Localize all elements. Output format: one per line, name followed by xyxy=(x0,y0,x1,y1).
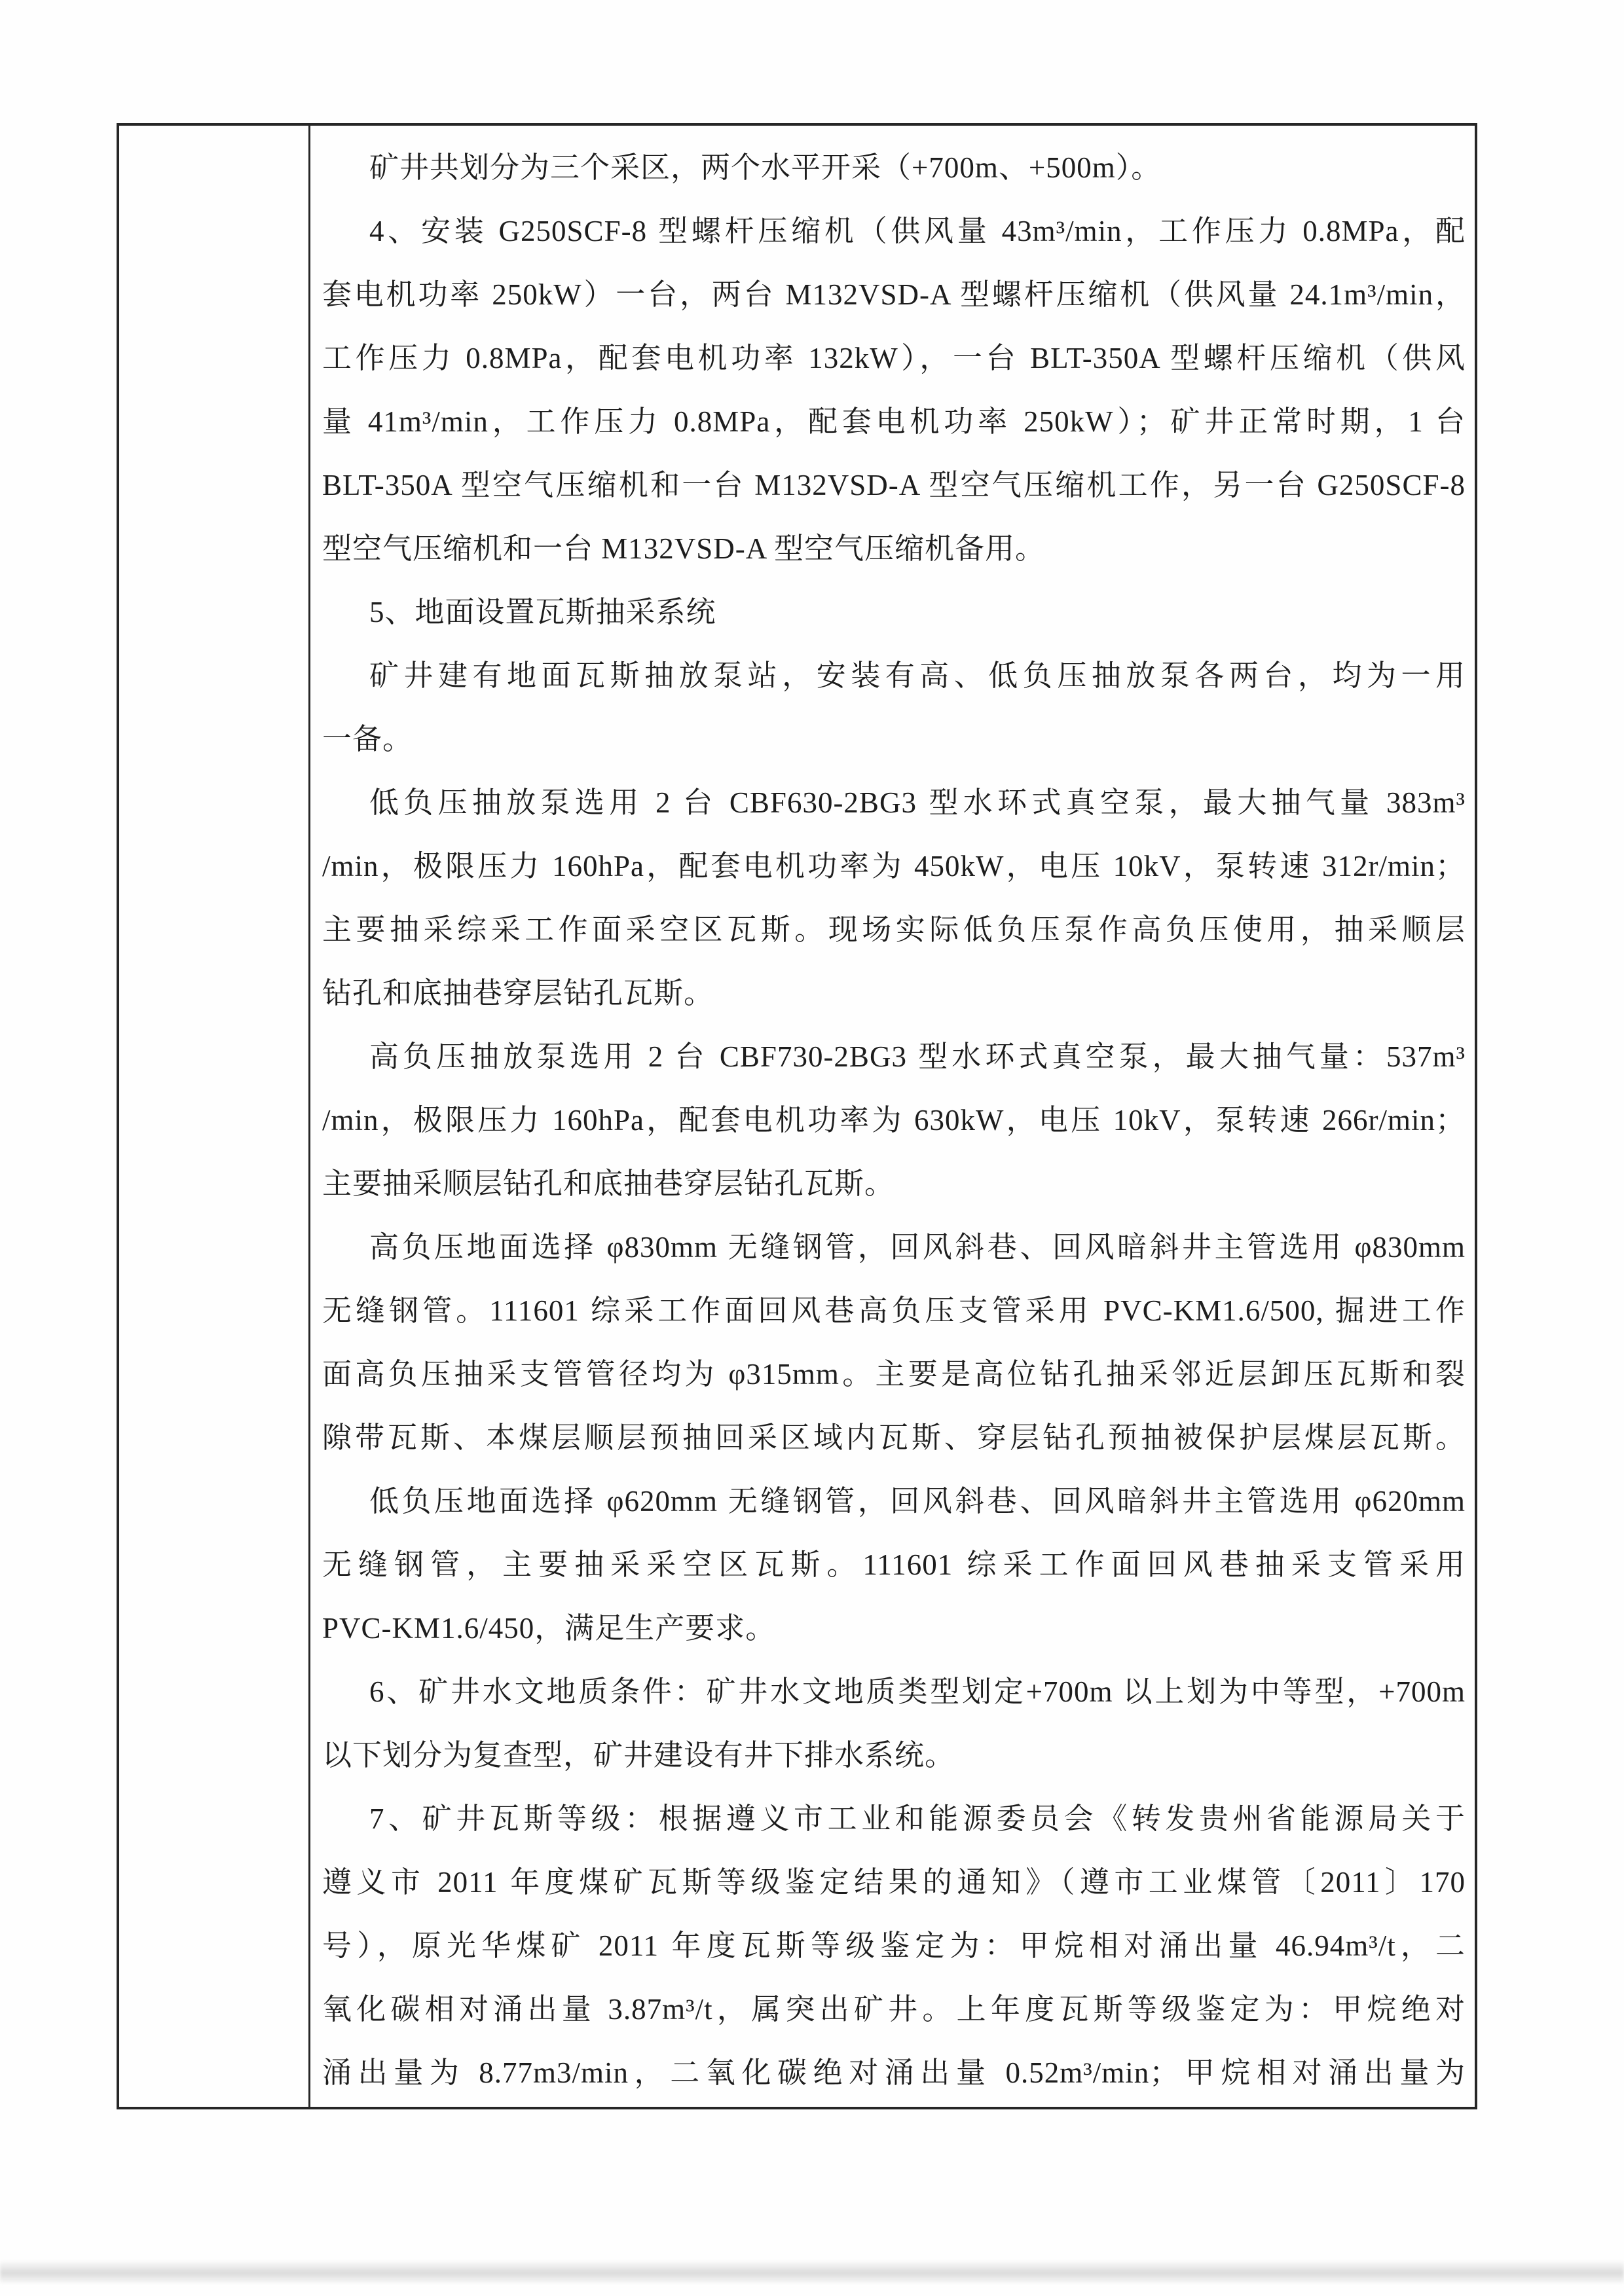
document-page: 矿井共划分为三个采区，两个水平开采（+700m、+500m）。4、安装 G250… xyxy=(0,0,1624,2296)
text-line: BLT-350A 型空气压缩机和一台 M132VSD-A 型空气压缩机工作，另一… xyxy=(322,454,1466,517)
paragraph-lines: 矿井共划分为三个采区，两个水平开采（+700m、+500m）。4、安装 G250… xyxy=(322,136,1466,2105)
text-line: 高负压抽放泵选用 2 台 CBF730-2BG3 型水环式真空泵，最大抽气量：5… xyxy=(322,1025,1466,1089)
text-line: 工作压力 0.8MPa，配套电机功率 132kW），一台 BLT-350A 型螺… xyxy=(322,327,1466,390)
text-line: 无缝钢管，主要抽采采空区瓦斯。111601 综采工作面回风巷抽采支管采用 xyxy=(322,1533,1466,1597)
text-line: 涌出量为 8.77m3/min，二氧化碳绝对涌出量 0.52m³/min；甲烷相… xyxy=(322,2041,1466,2105)
text-line: 一备。 xyxy=(322,708,1466,771)
text-line: 钻孔和底抽巷穿层钻孔瓦斯。 xyxy=(322,962,1466,1025)
text-line: 高负压地面选择 φ830mm 无缝钢管，回风斜巷、回风暗斜井主管选用 φ830m… xyxy=(322,1216,1466,1279)
scan-artifact-band xyxy=(0,2260,1624,2284)
text-line: 6、矿井水文地质条件：矿井水文地质类型划定+700m 以上划为中等型，+700m xyxy=(322,1660,1466,1724)
text-line: 量 41m³/min，工作压力 0.8MPa，配套电机功率 250kW）；矿井正… xyxy=(322,390,1466,454)
text-line: 低负压抽放泵选用 2 台 CBF630-2BG3 型水环式真空泵，最大抽气量 3… xyxy=(322,771,1466,835)
text-line: 矿井共划分为三个采区，两个水平开采（+700m、+500m）。 xyxy=(322,136,1466,200)
table-main-cell: 矿井共划分为三个采区，两个水平开采（+700m、+500m）。4、安装 G250… xyxy=(310,126,1475,2107)
text-line: 7、矿井瓦斯等级：根据遵义市工业和能源委员会《转发贵州省能源局关于 xyxy=(322,1787,1466,1851)
text-line: /min，极限压力 160hPa，配套电机功率为 450kW，电压 10kV，泵… xyxy=(322,835,1466,898)
text-line: /min，极限压力 160hPa，配套电机功率为 630kW，电压 10kV，泵… xyxy=(322,1089,1466,1152)
text-line: 无缝钢管。111601 综采工作面回风巷高负压支管采用 PVC-KM1.6/50… xyxy=(322,1279,1466,1343)
text-line: 以下划分为复查型，矿井建设有井下排水系统。 xyxy=(322,1724,1466,1787)
content-table: 矿井共划分为三个采区，两个水平开采（+700m、+500m）。4、安装 G250… xyxy=(117,123,1477,2109)
text-line: 低负压地面选择 φ620mm 无缝钢管，回风斜巷、回风暗斜井主管选用 φ620m… xyxy=(322,1470,1466,1533)
text-line: PVC-KM1.6/450，满足生产要求。 xyxy=(322,1597,1466,1660)
text-line: 套电机功率 250kW）一台，两台 M132VSD-A 型螺杆压缩机（供风量 2… xyxy=(322,263,1466,327)
text-line: 矿井建有地面瓦斯抽放泵站，安装有高、低负压抽放泵各两台，均为一用 xyxy=(322,644,1466,708)
text-line: 4、安装 G250SCF-8 型螺杆压缩机（供风量 43m³/min，工作压力 … xyxy=(322,200,1466,263)
text-line: 隙带瓦斯、本煤层顺层预抽回采区域内瓦斯、穿层钻孔预抽被保护层煤层瓦斯。 xyxy=(322,1406,1466,1470)
text-line: 5、地面设置瓦斯抽采系统 xyxy=(322,581,1466,644)
text-line: 主要抽采顺层钻孔和底抽巷穿层钻孔瓦斯。 xyxy=(322,1152,1466,1216)
text-line: 型空气压缩机和一台 M132VSD-A 型空气压缩机备用。 xyxy=(322,517,1466,581)
text-line: 面高负压抽采支管管径均为 φ315mm。主要是高位钻孔抽采邻近层卸压瓦斯和裂 xyxy=(322,1343,1466,1406)
text-line: 氧化碳相对涌出量 3.87m³/t，属突出矿井。上年度瓦斯等级鉴定为：甲烷绝对 xyxy=(322,1978,1466,2041)
text-line: 遵义市 2011 年度煤矿瓦斯等级鉴定结果的通知》（遵市工业煤管〔2011〕17… xyxy=(322,1851,1466,1914)
text-line: 号），原光华煤矿 2011 年度瓦斯等级鉴定为：甲烷相对涌出量 46.94m³/… xyxy=(322,1914,1466,1978)
text-line: 主要抽采综采工作面采空区瓦斯。现场实际低负压泵作高负压使用，抽采顺层 xyxy=(322,898,1466,962)
table-left-cell xyxy=(119,126,310,2107)
